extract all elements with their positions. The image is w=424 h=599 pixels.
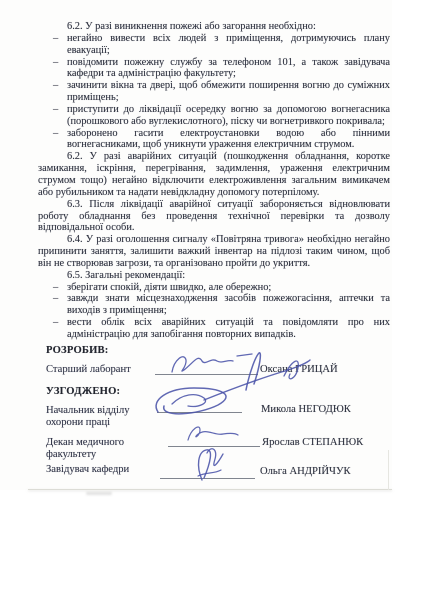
signature-yaroslav-stepaniuk xyxy=(188,427,238,440)
list-item: – вести облік всіх аварійних ситуацій та… xyxy=(38,317,390,341)
signature-olha-andriichuk xyxy=(198,449,223,480)
scanned-document: 6.2. У разі виникнення пожежі або загора… xyxy=(0,0,424,599)
list-item-text: негайно вивести всіх людей з приміщення,… xyxy=(67,33,390,56)
paragraph-6-2-fire: 6.2. У разі виникнення пожежі або загора… xyxy=(38,21,390,33)
bullet-dash: – xyxy=(53,33,58,45)
signer-role: Декан медичного факультету xyxy=(46,437,146,461)
developed-by-label: РОЗРОБИВ: xyxy=(46,345,109,357)
paragraph-6-4: 6.4. У разі оголошення сигналу «Повітрян… xyxy=(38,234,390,270)
signature-mykola-nehodiuk xyxy=(156,360,310,414)
scan-page-right-edge xyxy=(388,450,389,490)
paragraph-6-2-emergency: 6.2. У разі аварійних ситуацій (пошкодже… xyxy=(38,151,390,198)
signatures-ink-layer xyxy=(138,348,323,484)
paragraph-6-5-heading: 6.5. Загальні рекомендації: xyxy=(38,270,390,282)
bullet-dash: – xyxy=(53,104,58,116)
list-item-text: вести облік всіх аварійних ситуацій та п… xyxy=(67,317,390,340)
list-item: – зачинити вікна та двері, щоб обмежити … xyxy=(38,80,390,104)
list-item: – негайно вивести всіх людей з приміщенн… xyxy=(38,33,390,57)
list-item-text: зберігати спокій, діяти швидко, але обер… xyxy=(67,282,271,293)
bullet-dash: – xyxy=(53,57,58,69)
signature-oksana-hrytsai xyxy=(172,353,260,390)
signer-role: Начальник відділу охорони праці xyxy=(46,405,152,429)
document-body-text: 6.2. У разі виникнення пожежі або загора… xyxy=(38,21,390,341)
list-item: – приступити до ліквідації осередку вогн… xyxy=(38,104,390,128)
paragraph-6-3: 6.3. Після ліквідації аварійної ситуації… xyxy=(38,199,390,235)
list-item: – завжди знати місцезнаходження засобів … xyxy=(38,293,390,317)
list-item: – зберігати спокій, діяти швидко, але об… xyxy=(38,282,390,294)
list-item-text: приступити до ліквідації осередку вогню … xyxy=(67,104,390,127)
bullet-dash: – xyxy=(53,128,58,140)
list-item-text: зачинити вікна та двері, щоб обмежити по… xyxy=(67,80,390,103)
list-item-text: заборонено гасити електроустановки водою… xyxy=(67,128,390,151)
agreed-by-label: УЗГОДЖЕНО: xyxy=(46,386,120,398)
list-item: – заборонено гасити електроустановки вод… xyxy=(38,128,390,152)
list-item-text: завжди знати місцезнаходження засобів по… xyxy=(67,293,390,316)
bullet-dash: – xyxy=(53,293,58,305)
list-item: – повідомити пожежну службу за телефоном… xyxy=(38,57,390,81)
bullet-dash: – xyxy=(53,282,58,294)
scan-page-bottom-edge xyxy=(28,489,392,490)
list-item-text: повідомити пожежну службу за телефоном 1… xyxy=(67,57,390,80)
bullet-dash: – xyxy=(53,317,58,329)
bullet-dash: – xyxy=(53,80,58,92)
scan-smudge xyxy=(86,492,112,495)
